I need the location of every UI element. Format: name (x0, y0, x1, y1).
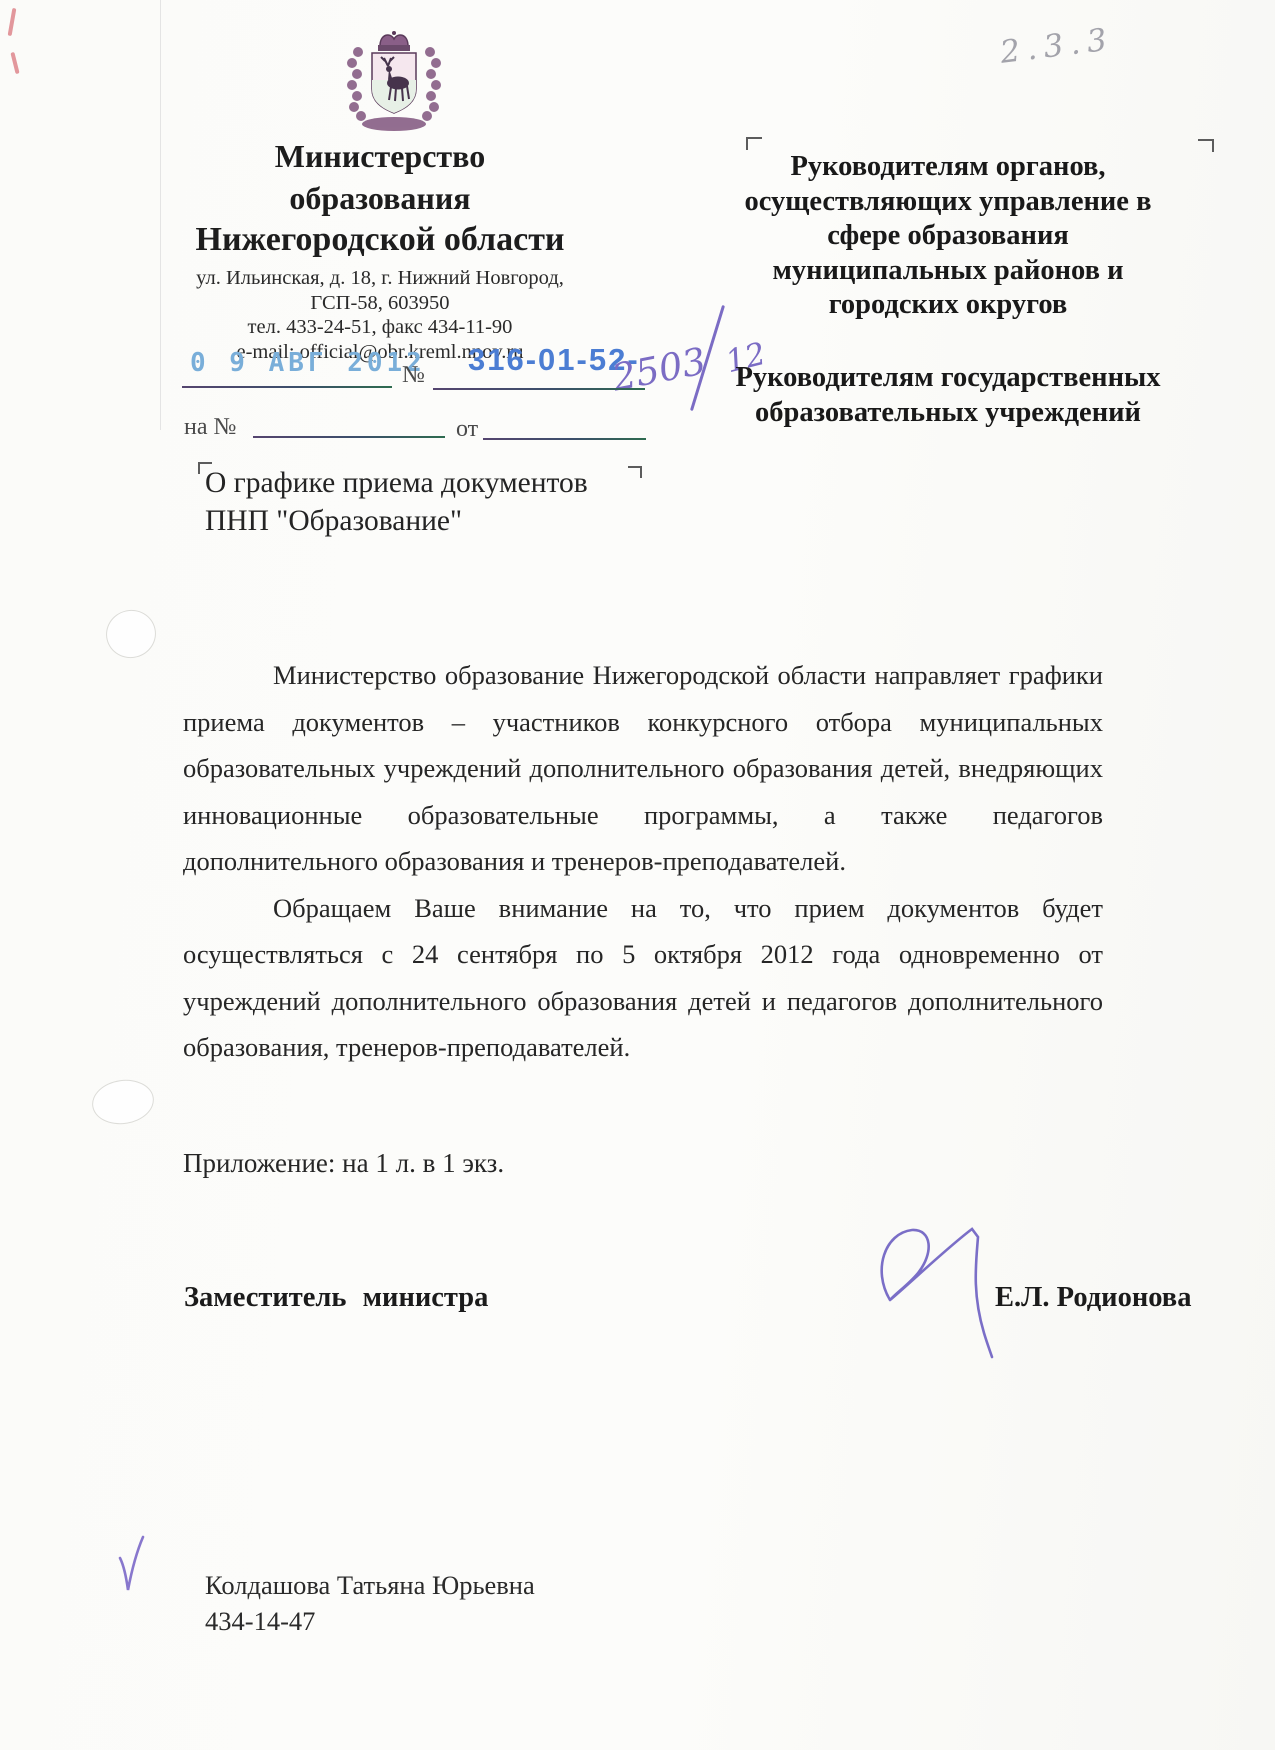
recipient-line: муниципальных районов и (668, 254, 1228, 289)
attachment-note: Приложение: на 1 л. в 1 экз. (183, 1148, 504, 1179)
ministry-title-line: Нижегородской области (165, 221, 595, 259)
body-line: учреждений дополнительного образования д… (183, 978, 1103, 1025)
handwritten-note: 2.3.3 (998, 21, 1115, 71)
recipients-block-1: Руководителям органов, осуществляющих уп… (668, 150, 1228, 323)
address-line: ГСП-58, 603950 (165, 291, 595, 316)
subject-line: ПНП "Образование" (205, 502, 635, 540)
recipients-block-2: Руководителям государственных образовате… (668, 361, 1228, 430)
signer-name: Е.Л. Родионова (995, 1282, 1191, 1314)
ref-underline (253, 436, 445, 438)
body-line: дополнительного образования и тренеров-п… (183, 838, 1103, 885)
checkmark-mark (112, 1528, 152, 1598)
red-edge-mark (8, 8, 17, 36)
body-line: инновационные образовательные программы,… (183, 792, 1103, 839)
signature-scribble (860, 1215, 1020, 1360)
hole-punch-mark (89, 1076, 157, 1128)
ref-from-underline (483, 438, 646, 440)
ministry-title-line: образования (165, 180, 595, 217)
number-sign-label: № (402, 362, 425, 389)
recipient-line: Руководителям государственных (668, 361, 1228, 396)
coat-of-arms-icon (328, 30, 460, 134)
body-line: образования, тренеров-преподавателей. (183, 1024, 1103, 1071)
recipient-line: сфере образования (668, 219, 1228, 254)
subject-block: О графике приема документов ПНП "Образов… (205, 464, 635, 540)
subject-line: О графике приема документов (205, 464, 635, 502)
body-line: Обращаем Ваше внимание на то, что прием … (183, 885, 1103, 932)
date-underline (182, 386, 392, 388)
executor-phone: 434-14-47 (205, 1606, 315, 1637)
date-stamp: 0 9 АВГ 2012 (190, 348, 426, 378)
corner-bracket (746, 137, 762, 150)
letter-body: Министерство образование Нижегородской о… (183, 652, 1103, 1071)
recipient-line: Руководителям органов, (668, 150, 1228, 185)
recipient-line: городских округов (668, 288, 1228, 323)
scan-edge-line (160, 0, 161, 430)
executor-name: Колдашова Татьяна Юрьевна (205, 1570, 535, 1601)
signer-position: Заместитель министра (184, 1282, 488, 1314)
ref-number-label: на № (184, 414, 236, 441)
body-line: осуществляться с 24 сентября по 5 октябр… (183, 931, 1103, 978)
recipient-line: осуществляющих управление в (668, 185, 1228, 220)
ministry-title-line: Министерство (165, 138, 595, 175)
address-line: тел. 433-24-51, факс 434-11-90 (165, 315, 595, 340)
recipient-line: образовательных учреждений (668, 396, 1228, 431)
hole-punch-mark (101, 605, 161, 664)
ref-from-label: от (456, 416, 478, 443)
red-edge-mark (10, 52, 19, 74)
body-line: образовательных учреждений дополнительно… (183, 745, 1103, 792)
body-line: приема документов – участников конкурсно… (183, 699, 1103, 746)
body-line: Министерство образование Нижегородской о… (183, 652, 1103, 699)
number-underline (433, 388, 645, 390)
address-line: ул. Ильинская, д. 18, г. Нижний Новгород… (165, 266, 595, 291)
scanned-letter-page: 2.3.3 (0, 0, 1275, 1750)
